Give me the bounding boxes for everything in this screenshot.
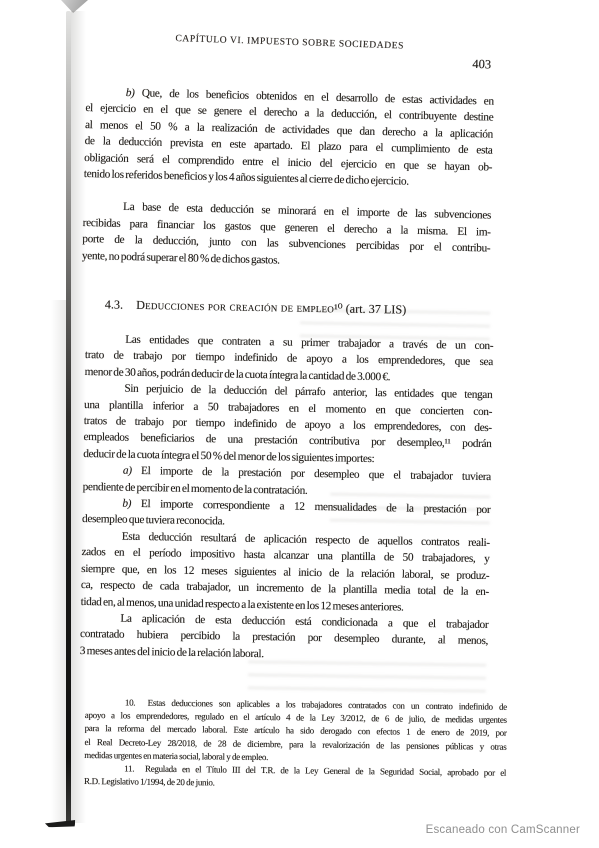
scanned-page: CAPÍTULO VI. IMPUESTO SOBRE SOCIEDADES 4…	[0, 0, 599, 848]
section-number: 4.3.	[105, 297, 124, 311]
paragraph-primer-trabajador: Las entidades que contraten a su primer …	[85, 331, 494, 387]
page-header-block: CAPÍTULO VI. IMPUESTO SOBRE SOCIEDADES 4…	[85, 30, 494, 73]
section-title: Deducciones por creación de empleo	[136, 298, 334, 315]
paragraph-la-aplicacion: La aplicación de esta deducción está con…	[80, 610, 489, 666]
footnotes-block: 10. Estas deducciones son aplicables a l…	[84, 696, 507, 793]
section-title-suffix: ¹⁰ (art. 37 LIS)	[334, 301, 406, 316]
paragraph-base-deduccion: La base de esta deducción se minorará en…	[82, 198, 491, 273]
intro-paragraphs-block: b) Que, de los beneficios obtenidos en e…	[82, 84, 494, 274]
footnote-10: 10. Estas deducciones son aplicables a l…	[84, 696, 507, 767]
section-heading: 4.3.Deducciones por creación de empleo¹⁰…	[86, 296, 494, 319]
paragraph-sin-perjuicio: Sin perjuicio de la deducción del párraf…	[83, 380, 492, 469]
camscanner-watermark: Escaneado con CamScanner	[426, 824, 580, 836]
paragraph-esta-deduccion: Esta deducción resultará de aplicación r…	[81, 528, 490, 617]
paragraph-b-clause: b) Que, de los beneficios obtenidos en e…	[84, 84, 494, 192]
page-edge-outer-shade	[51, 300, 66, 824]
section-4-3-block: 4.3.Deducciones por creación de empleo¹⁰…	[80, 296, 494, 666]
footnote-11: 11. Regulada en el Título III del T.R. d…	[84, 762, 506, 793]
